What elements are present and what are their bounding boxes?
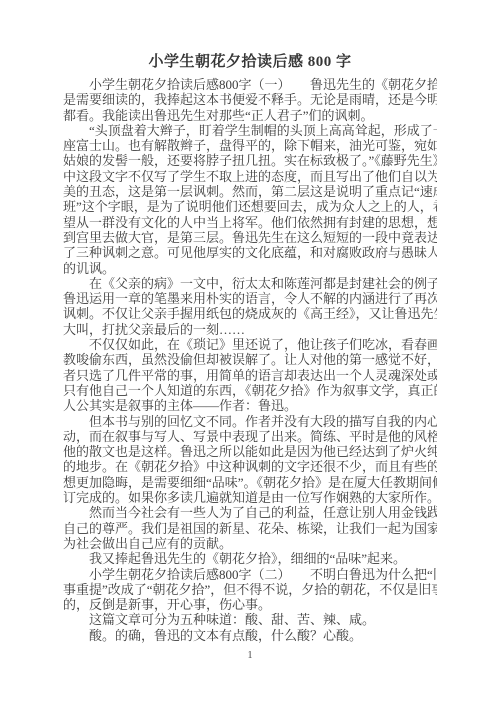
text-line: 人公其实是叙事的主体——作者：鲁迅。 bbox=[63, 398, 437, 413]
text-line: 自己的尊严。我们是祖国的新星、花朵、栋梁，让我们一起为国家、 bbox=[63, 521, 437, 536]
paragraph: 这篇文章可分为五种味道：酸、甜、苦、辣、咸。 bbox=[63, 612, 437, 627]
text-line: 者只选了几件平常的事，用简单的语言却表达出一个人灵魂深处或许 bbox=[63, 368, 437, 383]
text-line: 订完成的。如果你多读几遍就知道是由一位写作娴熟的大家所作。 bbox=[63, 490, 437, 505]
text-line: 只有他自己一个人知道的东西，《朝花夕拾》作为叙事文学，真正的主 bbox=[63, 383, 437, 398]
text-line: 大叫，打扰父亲最后的一刻…… bbox=[63, 322, 437, 337]
text-line: 动，而在叙事与写人、写景中表现了出来。简练、平时是他的风格。 bbox=[63, 429, 437, 444]
paragraph: “头顶盘着大辫子，盯着学生制帽的头顶上高高耸起，形成了一座富士山。也有解散辫子，… bbox=[63, 123, 437, 276]
text-line: 的地步。在《朝花夕拾》中这种讽刺的文字还很不少，而且有些的思 bbox=[63, 459, 437, 474]
text-line: 美的丑态，这是第一层讽刺。然而，第二层这是说明了重点记“速成 bbox=[63, 184, 437, 199]
text-line: 然而当今社会有一些人为了自己的利益，任意让别人用金钱践踏 bbox=[63, 505, 437, 520]
text-line: 酸。的确，鲁迅的文本有点酸，什么酸？心酸。 bbox=[63, 628, 437, 643]
text-line: 但本书与别的回忆文不同。作者并没有大段的描写自我的内心活 bbox=[63, 414, 437, 429]
text-line: 中这段文字不仅写了学生不取上进的态度，而且写出了他们自以为很 bbox=[63, 169, 437, 184]
text-line: 这篇文章可分为五种味道：酸、甜、苦、辣、咸。 bbox=[63, 612, 437, 627]
text-line: 教唆偷东西，虽然没偷但却被误解了。让人对他的第一感觉不好，作 bbox=[63, 352, 437, 367]
paragraph: 酸。的确，鲁迅的文本有点酸，什么酸？心酸。 bbox=[63, 628, 437, 643]
text-line: 讽刺。不仅让父亲手握用纸包的烧成灰的《高王经》，又让鲁迅先生去 bbox=[63, 306, 437, 321]
paragraph: 小学生朝花夕拾读后感800字（二） 不明白鲁迅为什么把“旧事重提”改成了“朝花夕… bbox=[63, 567, 437, 613]
text-line: 座富士山。也有解散辫子，盘得平的，除下帽来，油光可鉴，宛如小 bbox=[63, 138, 437, 153]
text-line: 姑娘的发髻一般，还要将脖子扭几扭。实在标致极了。”《藤野先生》 bbox=[63, 153, 437, 168]
text-line: 他的散文也是这样。鲁迅之所以能如此是因为他已经达到了炉火纯青 bbox=[63, 444, 437, 459]
paragraph: 然而当今社会有一些人为了自己的利益，任意让别人用金钱践踏自己的尊严。我们是祖国的… bbox=[63, 505, 437, 551]
text-line: 想更加隐晦，是需要细细“品味”。《朝花夕拾》是在厦大任教期间修 bbox=[63, 475, 437, 490]
paragraph: 在《父亲的病》一文中，衍太太和陈莲河都是封建社会的例子，鲁迅运用一章的笔墨来用朴… bbox=[63, 276, 437, 337]
text-line: 为社会做出自己应有的贡献。 bbox=[63, 536, 437, 551]
text-line: 我又捧起鲁迅先生的《朝花夕拾》，细细的“品味”起来。 bbox=[63, 551, 437, 566]
text-line: 望从一群没有文化的人中当上将军。他们依然拥有封建的思想，想回 bbox=[63, 215, 437, 230]
document-page: 小学生朝花夕拾读后感 800 字 小学生朝花夕拾读后感800字（一） 鲁迅先生的… bbox=[0, 0, 500, 707]
text-line: “头顶盘着大辫子，盯着学生制帽的头顶上高高耸起，形成了一 bbox=[63, 123, 437, 138]
paragraph: 小学生朝花夕拾读后感800字（一） 鲁迅先生的《朝花夕拾》是需要细读的，我捧起这… bbox=[63, 77, 437, 123]
text-line: 了三种讽刺之意。可见他厚实的文化底蕴，和对腐败政府与愚昧人们 bbox=[63, 245, 437, 260]
text-line: 小学生朝花夕拾读后感800字（一） 鲁迅先生的《朝花夕拾》 bbox=[63, 77, 437, 92]
text-line: 不仅仅如此，在《琐记》里还说了，他让孩子们吃冰，看春画， bbox=[63, 337, 437, 352]
text-line: 的讥讽。 bbox=[63, 261, 437, 276]
paragraph: 但本书与别的回忆文不同。作者并没有大段的描写自我的内心活动，而在叙事与写人、写景… bbox=[63, 414, 437, 506]
text-line: 到宫里去做大官，是第三层。鲁迅先生在这么短短的一段中竟表达出 bbox=[63, 230, 437, 245]
document-body: 小学生朝花夕拾读后感800字（一） 鲁迅先生的《朝花夕拾》是需要细读的，我捧起这… bbox=[63, 77, 437, 643]
text-line: 事重提”改成了“朝花夕拾”，但不得不说，夕拾的朝花，不仅是旧事 bbox=[63, 582, 437, 597]
text-line: 小学生朝花夕拾读后感800字（二） 不明白鲁迅为什么把“旧 bbox=[63, 567, 437, 582]
document-title: 小学生朝花夕拾读后感 800 字 bbox=[63, 52, 437, 72]
paragraph: 我又捧起鲁迅先生的《朝花夕拾》，细细的“品味”起来。 bbox=[63, 551, 437, 566]
text-line: 的，反倒是新事，开心事，伤心事。 bbox=[63, 597, 437, 612]
text-line: 鲁迅运用一章的笔墨来用朴实的语言，令人不解的内涵进行了再次的 bbox=[63, 291, 437, 306]
text-line: 是需要细读的，我捧起这本书便爱不释手。无论是雨晴，还是今明， bbox=[63, 92, 437, 107]
text-line: 班”这个字眼，是为了说明他们还想要回去，成为众人之上的人，希 bbox=[63, 199, 437, 214]
text-line: 在《父亲的病》一文中，衍太太和陈莲河都是封建社会的例子， bbox=[63, 276, 437, 291]
page-number: 1 bbox=[0, 650, 500, 662]
text-line: 都看。我能读出鲁迅先生对那些“正人君子”们的讽刺。 bbox=[63, 108, 437, 123]
paragraph: 不仅仅如此，在《琐记》里还说了，他让孩子们吃冰，看春画，教唆偷东西，虽然没偷但却… bbox=[63, 337, 437, 413]
